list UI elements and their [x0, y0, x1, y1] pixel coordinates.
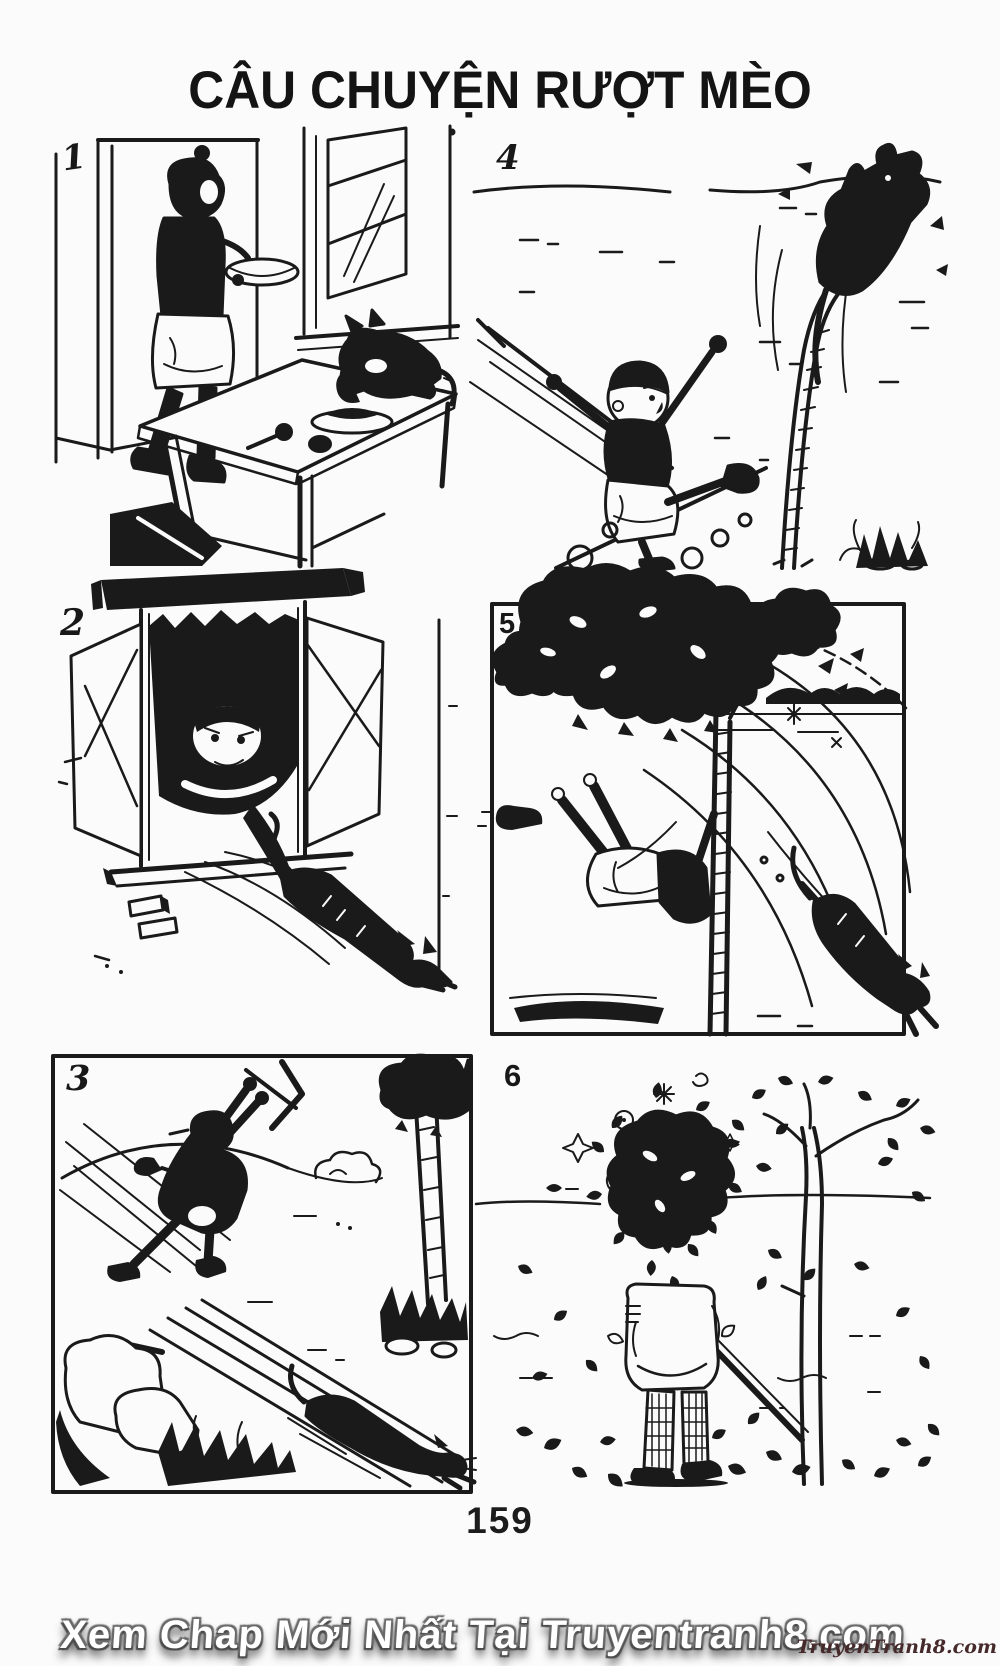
comic-panel-5: [458, 562, 968, 1042]
comic-page: CÂU CHUYỆN RƯỢT MÈO 1 4 2 5 3 6: [0, 0, 1000, 1666]
panel-6-art: [460, 1036, 955, 1486]
panel-number-4: 4: [496, 138, 520, 178]
site-watermark: TruyenTranh8.com: [797, 1636, 997, 1658]
panel-1-art: [52, 126, 460, 566]
page-number: 159: [0, 1500, 1000, 1542]
comic-panel-1: [52, 126, 460, 566]
comic-panel-6: [460, 1036, 955, 1486]
panel-2-art: [45, 566, 465, 990]
panel-number-5: 5: [499, 608, 515, 641]
panel-4-art: [460, 130, 955, 568]
panel-3-art: [50, 1050, 475, 1495]
comic-panel-2: [45, 566, 465, 990]
comic-panel-4: [460, 130, 955, 568]
page-title: CÂU CHUYỆN RƯỢT MÈO: [30, 60, 970, 121]
panel-number-3: 3: [66, 1058, 90, 1099]
panel-number-2: 2: [60, 602, 85, 644]
comic-panel-3: [50, 1050, 475, 1495]
panel-5-art: [458, 562, 968, 1042]
panel-number-6: 6: [504, 1058, 521, 1094]
